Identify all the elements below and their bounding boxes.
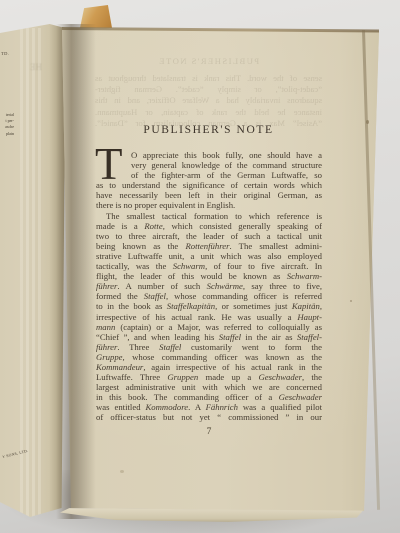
- body-line: in this book. The commanding officer of …: [96, 392, 322, 402]
- text-segment: “Chief ”, and when leading his: [96, 332, 219, 342]
- german-term: Schwarm-: [287, 271, 322, 281]
- body-line: strative Luftwaffe unit, a unit which wa…: [96, 251, 322, 261]
- text-segment: , the: [302, 372, 322, 382]
- german-term: Haupt-: [297, 312, 322, 322]
- body-line: Gruppe, whose commanding officer was kno…: [96, 352, 322, 362]
- page-title: PUBLISHER'S NOTE: [95, 124, 322, 136]
- show-through-line: “cadet-pilot”, or simply “cadet”. German…: [95, 84, 322, 95]
- german-term: Schwarm: [173, 261, 205, 271]
- text-segment: , of four to five aircraft. In: [205, 261, 322, 271]
- body-line: O appreciate this book fully, one should…: [96, 150, 322, 160]
- text-segment: have necessarily been left in their orig…: [96, 190, 322, 200]
- text-segment: flight, the leader of this would be know…: [96, 271, 287, 281]
- text-segment: ,: [320, 301, 322, 311]
- text-segment: , or sometimes just: [215, 301, 292, 311]
- german-term: Gruppe: [96, 352, 123, 362]
- text-segment: largest administrative unit with which w…: [96, 382, 322, 392]
- text-segment: , which consisted generally speaking of: [163, 221, 322, 231]
- german-term: Fähnrich: [206, 402, 238, 412]
- text-segment: was entitled: [96, 402, 146, 412]
- body-line: very general knowledge of the command st…: [96, 160, 322, 170]
- german-term: Staffel: [159, 342, 181, 352]
- left-page-ghost-text: HE: [2, 62, 42, 72]
- body-line: flight, the leader of this would be know…: [96, 271, 322, 281]
- german-term: Staffel: [144, 291, 166, 301]
- show-through-line: squadrons invariably had a Welfare Offiz…: [95, 95, 322, 106]
- german-term: führer: [96, 281, 117, 291]
- body-line: largest administrative unit with which w…: [96, 382, 322, 392]
- book-gutter: [56, 24, 96, 519]
- german-term: Rotte: [144, 221, 162, 231]
- text-segment: made up a: [198, 372, 258, 382]
- text-segment: Luftwaffe. Three: [96, 372, 167, 382]
- left-page-text-block: terialt per-ascheplain: [0, 112, 14, 137]
- text-segment: made is a: [96, 221, 144, 231]
- body-line: made is a Rotte, which consisted general…: [96, 221, 322, 231]
- text-segment: in the air as: [241, 332, 297, 342]
- text-segment: , whose commanding officer is referred: [166, 291, 322, 301]
- text-segment: of the fighter-arm of the German Luftwaf…: [131, 170, 322, 180]
- text-segment: two to three aircraft, the leader of suc…: [96, 231, 322, 241]
- foxing-spot: [350, 300, 352, 302]
- body-line: formed the Staffel, whose commanding off…: [96, 291, 322, 301]
- german-term: Schwärme: [207, 281, 243, 291]
- german-term: Kommandeur: [96, 362, 143, 372]
- german-term: Kapitän: [292, 301, 320, 311]
- text-segment: . A number of such: [117, 281, 206, 291]
- body-line: of the fighter-arm of the German Luftwaf…: [96, 170, 322, 180]
- left-page-fragment-line: plain: [0, 131, 14, 137]
- german-term: Staffelkapitän: [167, 301, 215, 311]
- text-segment: The smallest tactical formation to which…: [106, 211, 322, 221]
- body-line: Kommandeur, again irrespective of his ac…: [96, 362, 322, 372]
- german-term: Rottenführer: [185, 241, 229, 251]
- left-page-text-fragment: TD.: [1, 51, 9, 56]
- german-term: Gruppen: [167, 372, 198, 382]
- text-segment: formed the: [96, 291, 144, 301]
- foxing-spot: [120, 470, 124, 473]
- text-segment: very general knowledge of the command st…: [131, 160, 322, 170]
- page-number: 7: [96, 427, 322, 437]
- text-segment: of officer-status but not yet “ commissi…: [96, 412, 322, 422]
- text-segment: irrespective of his actual rank. He was …: [96, 312, 297, 322]
- body-line: tactically, was the Schwarm, of four to …: [96, 261, 322, 271]
- german-term: Kommodore: [146, 402, 189, 412]
- book-photo: HE TD. terialt per-ascheplain Y SONS, LT…: [0, 0, 400, 533]
- text-segment: to in the book as: [96, 301, 167, 311]
- body-line: of officer-status but not yet “ commissi…: [96, 412, 322, 422]
- body-line: irrespective of his actual rank. He was …: [96, 312, 322, 322]
- german-term: mann: [96, 322, 115, 332]
- body-line: as to understand the significance of cer…: [96, 180, 322, 190]
- german-term: Geschwader: [259, 372, 302, 382]
- text-segment: in this book. The commanding officer of …: [96, 392, 279, 402]
- body-line: führer. Three Staffel customarily went t…: [96, 342, 322, 352]
- text-segment: , whose commanding officer was known as …: [123, 352, 322, 362]
- text-segment: there is no proper equivalent in English…: [96, 200, 235, 210]
- body-line: being known as the Rottenführer. The sma…: [96, 241, 322, 251]
- text-segment: customarily went to form the: [181, 342, 322, 352]
- text-segment: was a qualified pilot: [238, 402, 322, 412]
- body-line: “Chief ”, and when leading his Staffel i…: [96, 332, 322, 342]
- text-segment: strative Luftwaffe unit, a unit which wa…: [96, 251, 322, 261]
- text-segment: . The smallest admini-: [230, 241, 322, 251]
- text-segment: (captain) or a Major, was referred to co…: [115, 322, 322, 332]
- body-line: have necessarily been left in their orig…: [96, 190, 322, 200]
- text-segment: O appreciate this book fully, one should…: [131, 150, 322, 160]
- text-segment: tactically, was the: [96, 261, 173, 271]
- text-segment: . Three: [117, 342, 159, 352]
- page-fore-edge: [20, 28, 42, 518]
- body-line: there is no proper equivalent in English…: [96, 200, 322, 210]
- german-term: führer: [96, 342, 117, 352]
- body-line: führer. A number of such Schwärme, say t…: [96, 281, 322, 291]
- show-through-line: instance he held the rank of captain, or…: [95, 107, 322, 118]
- show-through-text: PUBLISHER'S NOTE sense of the word. This…: [95, 56, 322, 129]
- show-through-header: PUBLISHER'S NOTE: [95, 56, 322, 66]
- text-segment: . A: [188, 402, 205, 412]
- body-line: Luftwaffe. Three Gruppen made up a Gesch…: [96, 372, 322, 382]
- body-line: two to three aircraft, the leader of suc…: [96, 231, 322, 241]
- body-line: The smallest tactical formation to which…: [96, 211, 322, 221]
- body-line: was entitled Kommodore. A Fähnrich was a…: [96, 402, 322, 412]
- body-text: O appreciate this book fully, one should…: [96, 150, 322, 423]
- german-term: Staffel: [219, 332, 241, 342]
- german-term: Staffel-: [297, 332, 322, 342]
- german-term: Geschwader: [279, 392, 322, 402]
- show-through-line: sense of the word. This rank is translat…: [95, 73, 322, 84]
- text-segment: , again irrespective of his actual rank …: [143, 362, 322, 372]
- body-line: mann (captain) or a Major, was referred …: [96, 322, 322, 332]
- text-segment: being known as the: [96, 241, 185, 251]
- text-segment: as to understand the significance of cer…: [96, 180, 322, 190]
- text-segment: , say three to five,: [243, 281, 322, 291]
- body-line: to in the book as Staffelkapitän, or som…: [96, 301, 322, 311]
